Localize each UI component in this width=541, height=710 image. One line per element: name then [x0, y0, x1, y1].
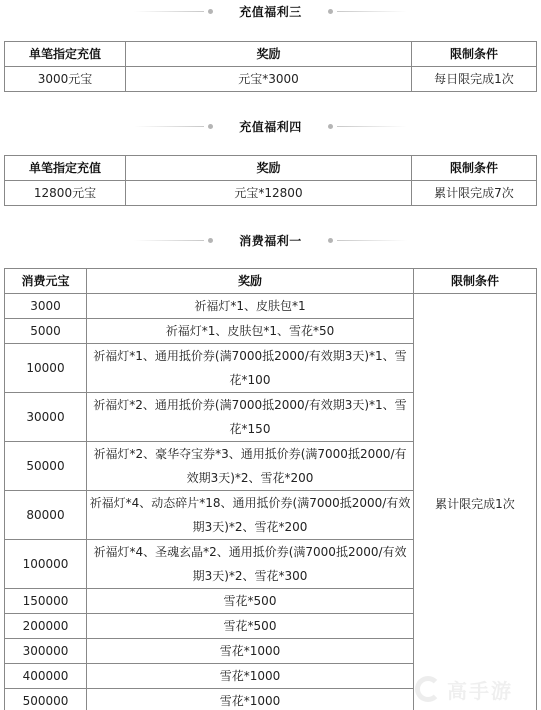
cell-amount: 150000: [5, 589, 87, 614]
g-logo-icon: [415, 676, 441, 702]
table-header-row: 单笔指定充值 奖励 限制条件: [5, 42, 537, 67]
header-limit: 限制条件: [414, 269, 537, 294]
table-row: 3000元宝 元宝*3000 每日限完成1次: [5, 67, 537, 92]
cell-amount: 5000: [5, 319, 87, 344]
cell-amount: 50000: [5, 442, 87, 491]
cell-reward: 雪花*500: [87, 589, 414, 614]
cell-reward: 元宝*12800: [126, 181, 412, 206]
section-heading-recharge-3: 充值福利三: [0, 0, 541, 22]
cell-reward: 祈福灯*1、通用抵价券(满7000抵2000/有效期3天)*1、雪花*100: [87, 344, 414, 393]
section-title: 消费福利一: [239, 232, 302, 249]
cell-reward: 雪花*500: [87, 614, 414, 639]
dot-icon: [328, 9, 333, 14]
watermark: 高手游: [415, 668, 540, 710]
section-title: 充值福利四: [239, 118, 302, 135]
header-amount: 单笔指定充值: [5, 156, 126, 181]
dot-icon: [328, 238, 333, 243]
cell-reward: 祈福灯*4、圣魂玄晶*2、通用抵价券(满7000抵2000/有效期3天)*2、雪…: [87, 540, 414, 589]
cell-amount: 10000: [5, 344, 87, 393]
cell-reward: 祈福灯*2、通用抵价券(满7000抵2000/有效期3天)*1、雪花*150: [87, 393, 414, 442]
table-row: 3000 祈福灯*1、皮肤包*1 累计限完成1次: [5, 294, 537, 319]
cell-reward: 雪花*1000: [87, 689, 414, 710]
spend-1-table: 消费元宝 奖励 限制条件 3000 祈福灯*1、皮肤包*1 累计限完成1次 50…: [4, 268, 537, 710]
header-reward: 奖励: [126, 156, 412, 181]
divider-line: [337, 240, 407, 241]
header-amount: 消费元宝: [5, 269, 87, 294]
cell-reward: 祈福灯*2、豪华夺宝券*3、通用抵价券(满7000抵2000/有效期3天)*2、…: [87, 442, 414, 491]
header-reward: 奖励: [87, 269, 414, 294]
cell-amount: 80000: [5, 491, 87, 540]
recharge-3-table: 单笔指定充值 奖励 限制条件 3000元宝 元宝*3000 每日限完成1次: [4, 41, 537, 92]
cell-amount: 400000: [5, 664, 87, 689]
cell-reward: 祈福灯*1、皮肤包*1、雪花*50: [87, 319, 414, 344]
divider-line: [134, 11, 204, 12]
divider-line: [337, 11, 407, 12]
cell-reward: 雪花*1000: [87, 664, 414, 689]
dot-icon: [208, 124, 213, 129]
section-heading-recharge-4: 充值福利四: [0, 115, 541, 137]
cell-amount: 3000: [5, 294, 87, 319]
divider-line: [134, 240, 204, 241]
cell-limit: 每日限完成1次: [412, 67, 537, 92]
cell-reward: 祈福灯*1、皮肤包*1: [87, 294, 414, 319]
header-reward: 奖励: [126, 42, 412, 67]
cell-amount: 100000: [5, 540, 87, 589]
dot-icon: [208, 9, 213, 14]
cell-reward: 祈福灯*4、动态碎片*18、通用抵价券(满7000抵2000/有效期3天)*2、…: [87, 491, 414, 540]
header-limit: 限制条件: [412, 156, 537, 181]
cell-amount: 500000: [5, 689, 87, 710]
section-title: 充值福利三: [239, 3, 302, 20]
cell-amount: 12800元宝: [5, 181, 126, 206]
cell-limit: 累计限完成7次: [412, 181, 537, 206]
dot-icon: [208, 238, 213, 243]
table-header-row: 消费元宝 奖励 限制条件: [5, 269, 537, 294]
cell-amount: 300000: [5, 639, 87, 664]
cell-reward: 雪花*1000: [87, 639, 414, 664]
cell-limit: 累计限完成1次: [414, 294, 537, 710]
header-limit: 限制条件: [412, 42, 537, 67]
dot-icon: [328, 124, 333, 129]
table-row: 12800元宝 元宝*12800 累计限完成7次: [5, 181, 537, 206]
table-header-row: 单笔指定充值 奖励 限制条件: [5, 156, 537, 181]
watermark-text: 高手游: [447, 675, 513, 704]
divider-line: [337, 126, 407, 127]
cell-amount: 3000元宝: [5, 67, 126, 92]
header-amount: 单笔指定充值: [5, 42, 126, 67]
recharge-4-table: 单笔指定充值 奖励 限制条件 12800元宝 元宝*12800 累计限完成7次: [4, 155, 537, 206]
cell-amount: 200000: [5, 614, 87, 639]
divider-line: [134, 126, 204, 127]
cell-amount: 30000: [5, 393, 87, 442]
cell-reward: 元宝*3000: [126, 67, 412, 92]
section-heading-spend-1: 消费福利一: [0, 229, 541, 251]
